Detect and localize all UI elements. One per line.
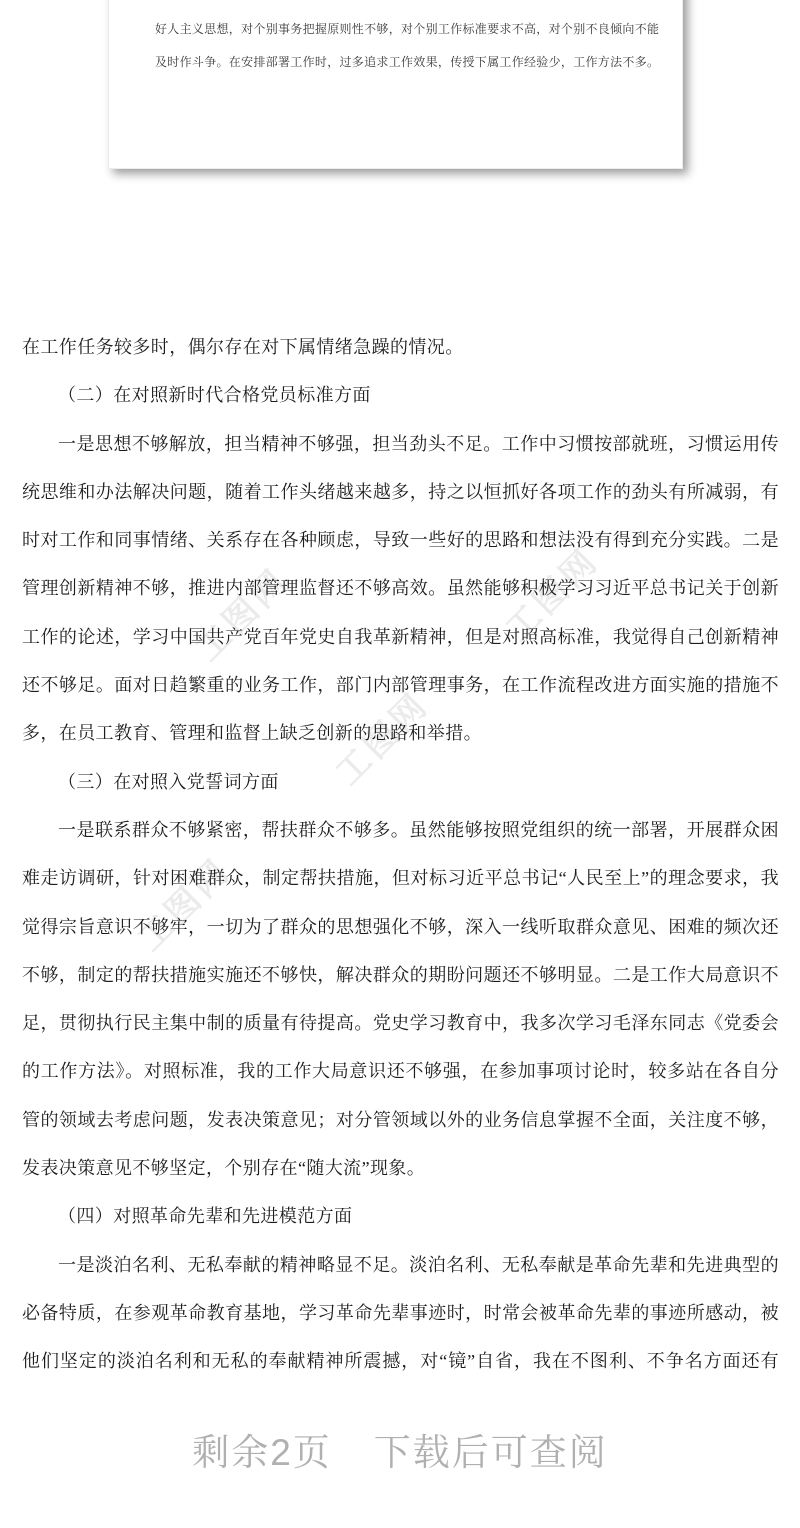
download-to-view-hint: 下载后可查阅 <box>374 1432 608 1473</box>
doc-paragraph-continuation: 在工作任务较多时，偶尔存在对下属情绪急躁的情况。 <box>22 323 779 371</box>
remaining-pages-count: 剩余2页 <box>192 1432 332 1473</box>
section-heading: （二）在对照新时代合格党员标准方面 <box>22 371 779 419</box>
section-heading: （三）在对照入党誓词方面 <box>22 758 779 806</box>
doc-paragraph: 一是思想不够解放，担当精神不够强，担当劲头不足。工作中习惯按部就班，习惯运用传统… <box>22 420 779 758</box>
document-text-area: 在工作任务较多时，偶尔存在对下属情绪急躁的情况。 （二）在对照新时代合格党员标准… <box>22 323 779 1386</box>
preview-text-line: 好人主义思想，对个别事务把握原则性不够，对个别工作标准要求不高，对个别不良倾向不… <box>155 13 638 46</box>
page-preview-content: 好人主义思想，对个别事务把握原则性不够，对个别工作标准要求不高，对个别不良倾向不… <box>109 0 682 79</box>
remaining-pages-hint: 剩余2页下载后可查阅 <box>0 1422 800 1476</box>
doc-paragraph: 一是淡泊名利、无私奉献的精神略显不足。淡泊名利、无私奉献是革命先辈和先进典型的必… <box>22 1241 779 1386</box>
page-preview-card[interactable]: 好人主义思想，对个别事务把握原则性不够，对个别工作标准要求不高，对个别不良倾向不… <box>108 0 683 169</box>
doc-paragraph: 一是联系群众不够紧密，帮扶群众不够多。虽然能够按照党组织的统一部署，开展群众困难… <box>22 806 779 1192</box>
section-heading: （四）对照革命先辈和先进模范方面 <box>22 1192 779 1240</box>
preview-text-line: 及时作斗争。在安排部署工作时，过多追求工作效果，传授下属工作经验少，工作方法不多… <box>155 46 638 79</box>
